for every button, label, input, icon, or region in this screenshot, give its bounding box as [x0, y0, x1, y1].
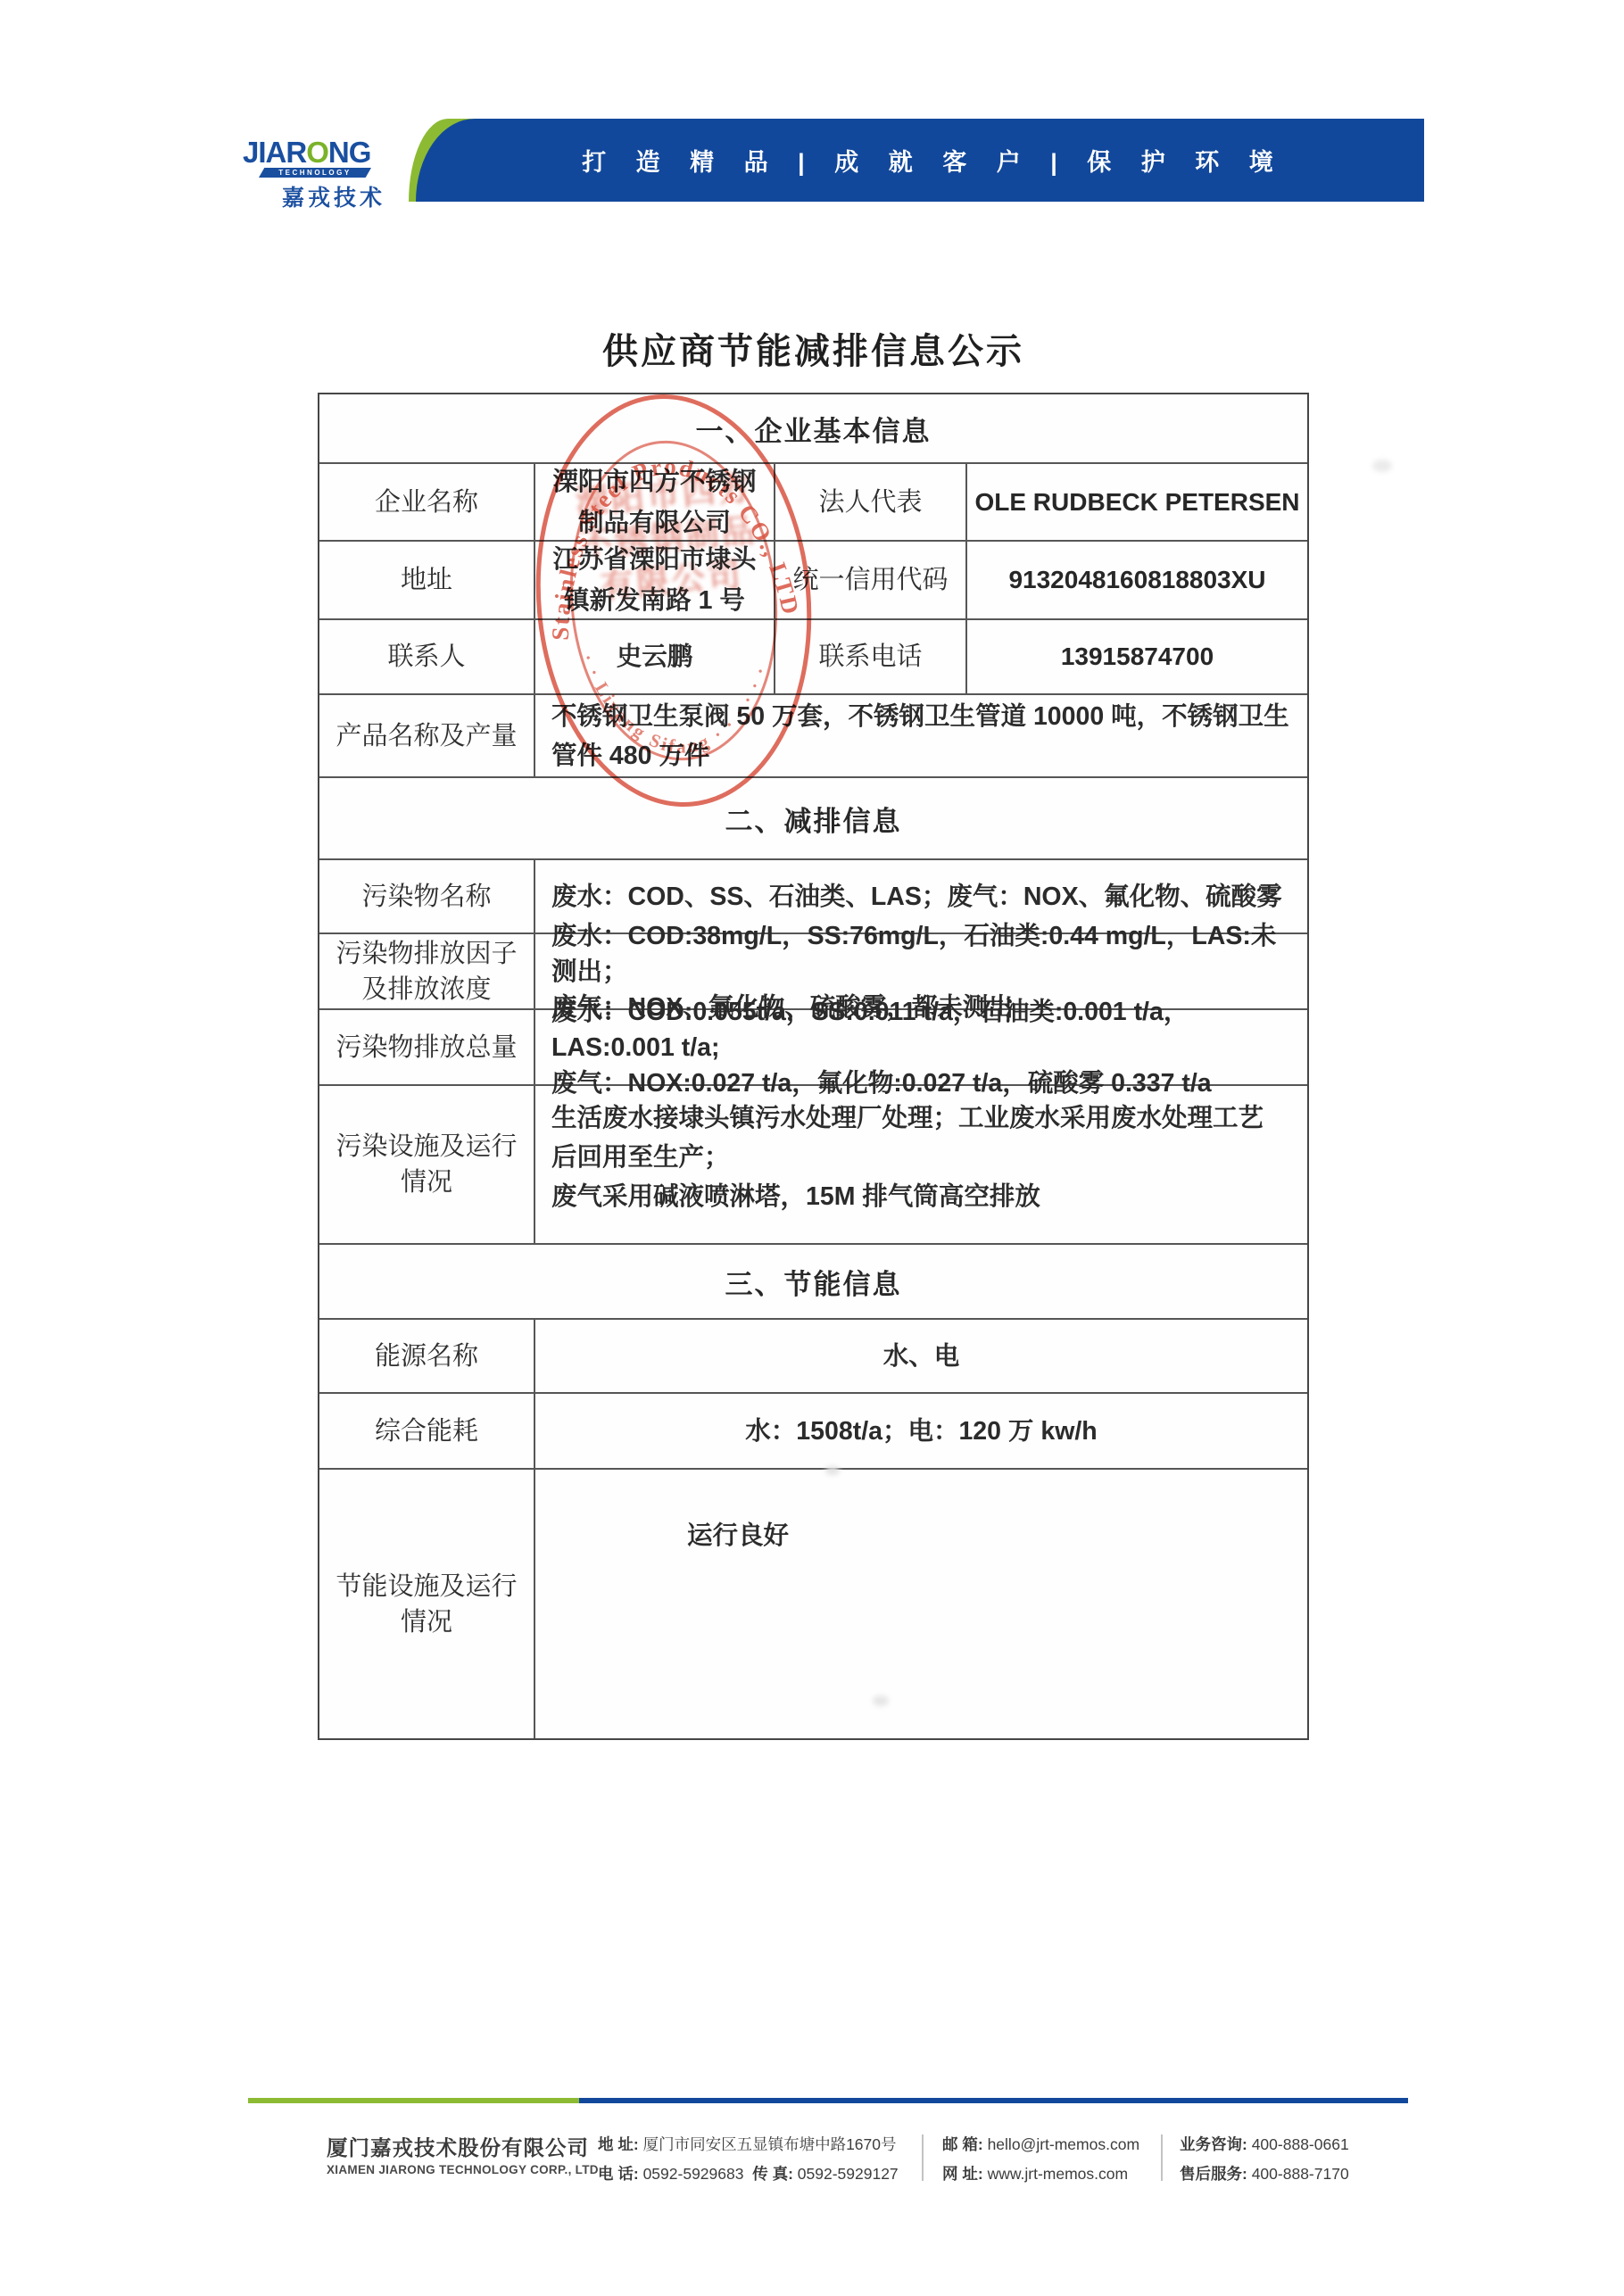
- scanned-document-page: JIARONG TECHNOLOGY 嘉戎技术 打 造 精 品 | 成 就 客 …: [0, 0, 1624, 2296]
- footer-divider-blue: [579, 2098, 1408, 2103]
- pollution-facility-label-line1: 污染设施及运行: [336, 1129, 517, 1165]
- scan-smudge: [825, 1466, 840, 1475]
- legal-rep-value: OLE RUDBECK PETERSEN: [967, 464, 1307, 540]
- emission-total-value: 废水：COD:0.055t/a，SS:0.011 t/a，石油类:0.001 t…: [535, 1010, 1307, 1084]
- logo-chinese-name: 嘉戎技术: [282, 180, 394, 212]
- pollution-facility-line1: 生活废水接埭头镇污水处理厂处理；工业废水采用废水处理工艺: [551, 1098, 1291, 1138]
- section-row-energy: 三、节能信息: [319, 1245, 1307, 1320]
- pollution-facility-label: 污染设施及运行 情况: [319, 1086, 535, 1243]
- table-row-company: 企业名称 溧阳市四方不锈钢 制品有限公司 法人代表 OLE RUDBECK PE…: [319, 464, 1307, 542]
- table-row-address: 地址 江苏省溧阳市埭头 镇新发南路 1 号 统一信用代码 91320481608…: [319, 542, 1307, 620]
- footer-biz-line: 业务咨询: 400-888-0661: [1180, 2130, 1349, 2159]
- emission-factor-label: 污染物排放因子 及排放浓度: [319, 934, 535, 1008]
- scan-smudge: [1372, 460, 1392, 472]
- pollution-facility-line3: 废气采用碱液喷淋塔，15M 排气筒高空排放: [551, 1177, 1291, 1216]
- emission-factor-label-line2: 及排放浓度: [361, 972, 491, 1007]
- footer-mail-value: hello@jrt-memos.com: [988, 2135, 1139, 2153]
- header-banner: 打 造 精 品 | 成 就 客 户 | 保 护 环 境: [416, 119, 1424, 202]
- footer-biz-value: 400-888-0661: [1252, 2135, 1349, 2153]
- energy-consumption-label: 综合能耗: [319, 1394, 535, 1468]
- energy-name-value: 水、电: [535, 1320, 1307, 1392]
- phone-value: 13915874700: [967, 620, 1307, 693]
- energy-facility-label-line1: 节能设施及运行: [336, 1569, 517, 1604]
- address-line1: 江苏省溧阳市埭头: [552, 539, 756, 580]
- footer-phone-line: 电 话: 0592-5929683 传 真: 0592-5929127: [598, 2159, 899, 2189]
- product-value: 不锈钢卫生泵阀 50 万套，不锈钢卫生管道 10000 吨，不锈钢卫生管件 48…: [535, 695, 1307, 776]
- footer-address-value: 厦门市同安区五显镇布塘中路1670号: [643, 2135, 897, 2153]
- emission-total-line1: 废水：COD:0.055t/a，SS:0.011 t/a，石油类:0.001 t…: [551, 994, 1291, 1065]
- footer-address-label: 地 址:: [598, 2135, 639, 2153]
- logo-technology-bar: TECHNOLOGY: [259, 168, 371, 178]
- emission-total-label: 污染物排放总量: [319, 1010, 535, 1084]
- address-value: 江苏省溧阳市埭头 镇新发南路 1 号: [535, 542, 775, 618]
- credit-code-label: 统一信用代码: [775, 542, 967, 618]
- legal-rep-label: 法人代表: [775, 464, 967, 540]
- scan-smudge: [873, 1695, 889, 1706]
- footer-after-line: 售后服务: 400-888-7170: [1180, 2159, 1349, 2189]
- energy-consumption-value: 水：1508t/a；电：120 万 kw/h: [535, 1394, 1307, 1468]
- jiarong-logo: JIARONG TECHNOLOGY 嘉戎技术: [243, 139, 394, 212]
- footer-service-column: 业务咨询: 400-888-0661 售后服务: 400-888-7170: [1180, 2130, 1349, 2189]
- address-line2: 镇新发南路 1 号: [564, 580, 745, 621]
- section-title: 三、节能信息: [319, 1245, 1307, 1318]
- table-row-energy-consumption: 综合能耗 水：1508t/a；电：120 万 kw/h: [319, 1394, 1307, 1470]
- info-table: 一、企业基本信息 企业名称 溧阳市四方不锈钢 制品有限公司 法人代表 OLE R…: [318, 393, 1309, 1740]
- contact-name-value: 史云鹏: [535, 620, 775, 693]
- pollutant-names-label: 污染物名称: [319, 860, 535, 932]
- footer-mail-label: 邮 箱:: [942, 2135, 983, 2153]
- table-row-energy-name: 能源名称 水、电: [319, 1320, 1307, 1394]
- energy-facility-label-line2: 情况: [401, 1604, 452, 1640]
- footer-tel-label: 电 话:: [598, 2165, 639, 2183]
- energy-facility-label: 节能设施及运行 情况: [319, 1470, 535, 1738]
- footer-separator: [1161, 2134, 1163, 2181]
- footer-divider-green: [248, 2098, 579, 2103]
- footer-website-line: 网 址: www.jrt-memos.com: [942, 2159, 1139, 2189]
- logo-o-green: O: [306, 136, 328, 169]
- phone-label: 联系电话: [775, 620, 967, 693]
- section-row-emission: 二、减排信息: [319, 778, 1307, 860]
- credit-code-value: 9132048160818803XU: [967, 542, 1307, 618]
- emission-factor-label-line1: 污染物排放因子: [336, 936, 517, 972]
- header-slogan: 打 造 精 品 | 成 就 客 户 | 保 护 环 境: [555, 143, 1285, 178]
- emission-factor-line1: 废水：COD:38mg/L，SS:76mg/L，石油类:0.44 mg/L，LA…: [551, 918, 1291, 990]
- footer-after-label: 售后服务:: [1180, 2165, 1247, 2183]
- pollution-facility-label-line2: 情况: [401, 1165, 452, 1200]
- footer-company-name-cn: 厦门嘉戎技术股份有限公司: [327, 2131, 589, 2161]
- company-name-label: 企业名称: [319, 464, 535, 540]
- section-title: 一、企业基本信息: [319, 394, 1307, 462]
- footer-after-value: 400-888-7170: [1252, 2165, 1349, 2183]
- company-name-line2: 制品有限公司: [578, 502, 731, 543]
- logo-wordmark: JIARONG: [243, 139, 394, 166]
- footer-address-column: 地 址: 厦门市同安区五显镇布塘中路1670号 电 话: 0592-592968…: [598, 2130, 899, 2189]
- table-row-pollution-facility: 污染设施及运行 情况 生活废水接埭头镇污水处理厂处理；工业废水采用废水处理工艺 …: [319, 1086, 1307, 1245]
- logo-text-end: NG: [328, 136, 371, 169]
- document-title: 供应商节能减排信息公示: [318, 323, 1309, 374]
- contact-label: 联系人: [319, 620, 535, 693]
- footer-fax-value: 0592-5929127: [798, 2165, 899, 2183]
- footer-web-label: 网 址:: [942, 2165, 983, 2183]
- table-row-product: 产品名称及产量 不锈钢卫生泵阀 50 万套，不锈钢卫生管道 10000 吨，不锈…: [319, 695, 1307, 778]
- pollution-facility-value: 生活废水接埭头镇污水处理厂处理；工业废水采用废水处理工艺 后回用至生产； 废气采…: [535, 1086, 1307, 1243]
- footer-email-line: 邮 箱: hello@jrt-memos.com: [942, 2130, 1139, 2159]
- section-title: 二、减排信息: [319, 778, 1307, 858]
- footer-fax-label: 传 真:: [752, 2165, 793, 2183]
- company-name-value: 溧阳市四方不锈钢 制品有限公司: [535, 464, 775, 540]
- footer-web-value: www.jrt-memos.com: [988, 2165, 1129, 2183]
- footer-address-line: 地 址: 厦门市同安区五显镇布塘中路1670号: [598, 2130, 899, 2159]
- footer-biz-label: 业务咨询:: [1180, 2135, 1247, 2153]
- section-row-basic-info: 一、企业基本信息: [319, 394, 1307, 464]
- address-label: 地址: [319, 542, 535, 618]
- energy-facility-value: 运行良好: [535, 1470, 1307, 1738]
- footer-separator: [922, 2134, 924, 2181]
- table-row-contact: 联系人 史云鹏 联系电话 13915874700: [319, 620, 1307, 695]
- table-row-emission-total: 污染物排放总量 废水：COD:0.055t/a，SS:0.011 t/a，石油类…: [319, 1010, 1307, 1086]
- footer-company-name-en: XIAMEN JIARONG TECHNOLOGY CORP., LTD: [327, 2163, 599, 2176]
- company-name-line1: 溧阳市四方不锈钢: [552, 461, 756, 502]
- footer-web-column: 邮 箱: hello@jrt-memos.com 网 址: www.jrt-me…: [942, 2130, 1139, 2189]
- logo-text: JIAR: [243, 136, 306, 169]
- table-row-energy-facility: 节能设施及运行 情况 运行良好: [319, 1470, 1307, 1738]
- energy-name-label: 能源名称: [319, 1320, 535, 1392]
- pollution-facility-line2: 后回用至生产；: [551, 1138, 1291, 1177]
- footer-tel-value: 0592-5929683: [643, 2165, 744, 2183]
- product-label: 产品名称及产量: [319, 695, 535, 776]
